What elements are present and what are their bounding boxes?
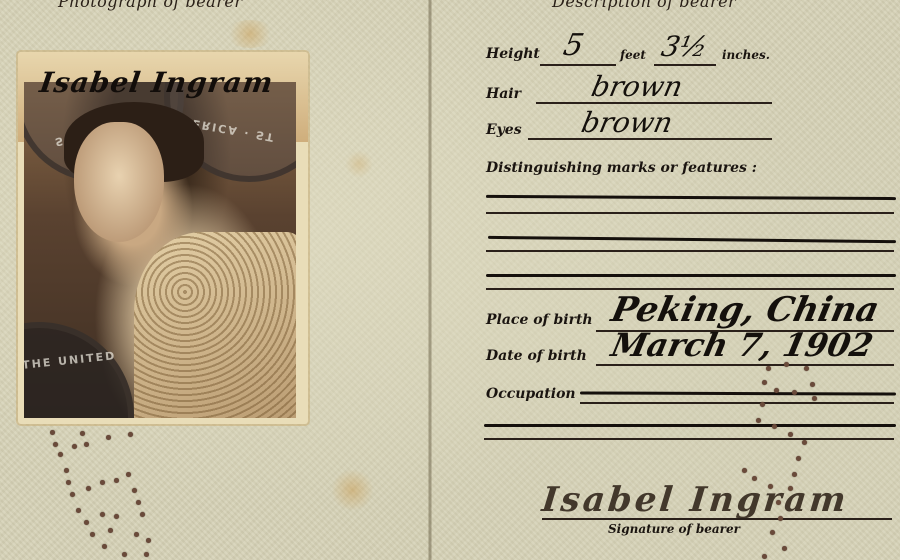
- photo-signature: Isabel Ingram: [38, 66, 276, 99]
- stain: [345, 150, 373, 178]
- distinguishing-marks-label: Distinguishing marks or features :: [486, 160, 757, 176]
- eyes-label: Eyes: [486, 122, 522, 138]
- passport-spread: Photograph of bearer S OF AMERICA ERICA …: [0, 0, 900, 560]
- height-inches-value: 3½: [658, 30, 710, 63]
- form-line: [486, 250, 894, 252]
- photo-image: S OF AMERICA ERICA · ST THE UNITED UNITE…: [24, 82, 296, 418]
- strike-through-line: [486, 274, 896, 277]
- hair-label: Hair: [486, 86, 521, 102]
- right-page: Description of bearer Height 5 feet 3½ i…: [432, 0, 900, 560]
- stain: [225, 20, 275, 48]
- hair-value: brown: [588, 70, 685, 103]
- height-feet-value: 5: [560, 28, 587, 63]
- strike-through-line: [486, 195, 896, 200]
- height-inches-line: [654, 64, 716, 66]
- portrait-shawl: [134, 232, 296, 418]
- place-of-birth-label: Place of birth: [486, 312, 593, 328]
- place-of-birth-value: Peking, China: [608, 290, 883, 330]
- form-line: [486, 212, 894, 214]
- date-of-birth-value: March 7, 1902: [608, 326, 877, 364]
- feet-label: feet: [620, 48, 646, 62]
- height-label: Height: [486, 46, 540, 62]
- perforation-stamp: [732, 360, 822, 560]
- signature-caption: Signature of bearer: [608, 522, 740, 536]
- occupation-label: Occupation: [486, 386, 576, 402]
- bearer-photo: S OF AMERICA ERICA · ST THE UNITED UNITE…: [18, 52, 308, 424]
- signature-line: [542, 518, 892, 520]
- inches-label: inches.: [722, 48, 770, 62]
- portrait-face: [74, 122, 164, 242]
- left-page: Photograph of bearer S OF AMERICA ERICA …: [0, 0, 432, 560]
- eyes-value: brown: [578, 106, 675, 139]
- stain: [330, 470, 375, 510]
- date-of-birth-label: Date of birth: [486, 348, 587, 364]
- left-page-header: Photograph of bearer: [58, 0, 242, 11]
- strike-through-line: [484, 424, 896, 427]
- height-feet-line: [540, 64, 616, 66]
- strike-through-line: [488, 236, 896, 243]
- form-line: [484, 438, 894, 440]
- right-page-header: Description of bearer: [552, 0, 736, 11]
- perforation-stamp: [48, 428, 158, 560]
